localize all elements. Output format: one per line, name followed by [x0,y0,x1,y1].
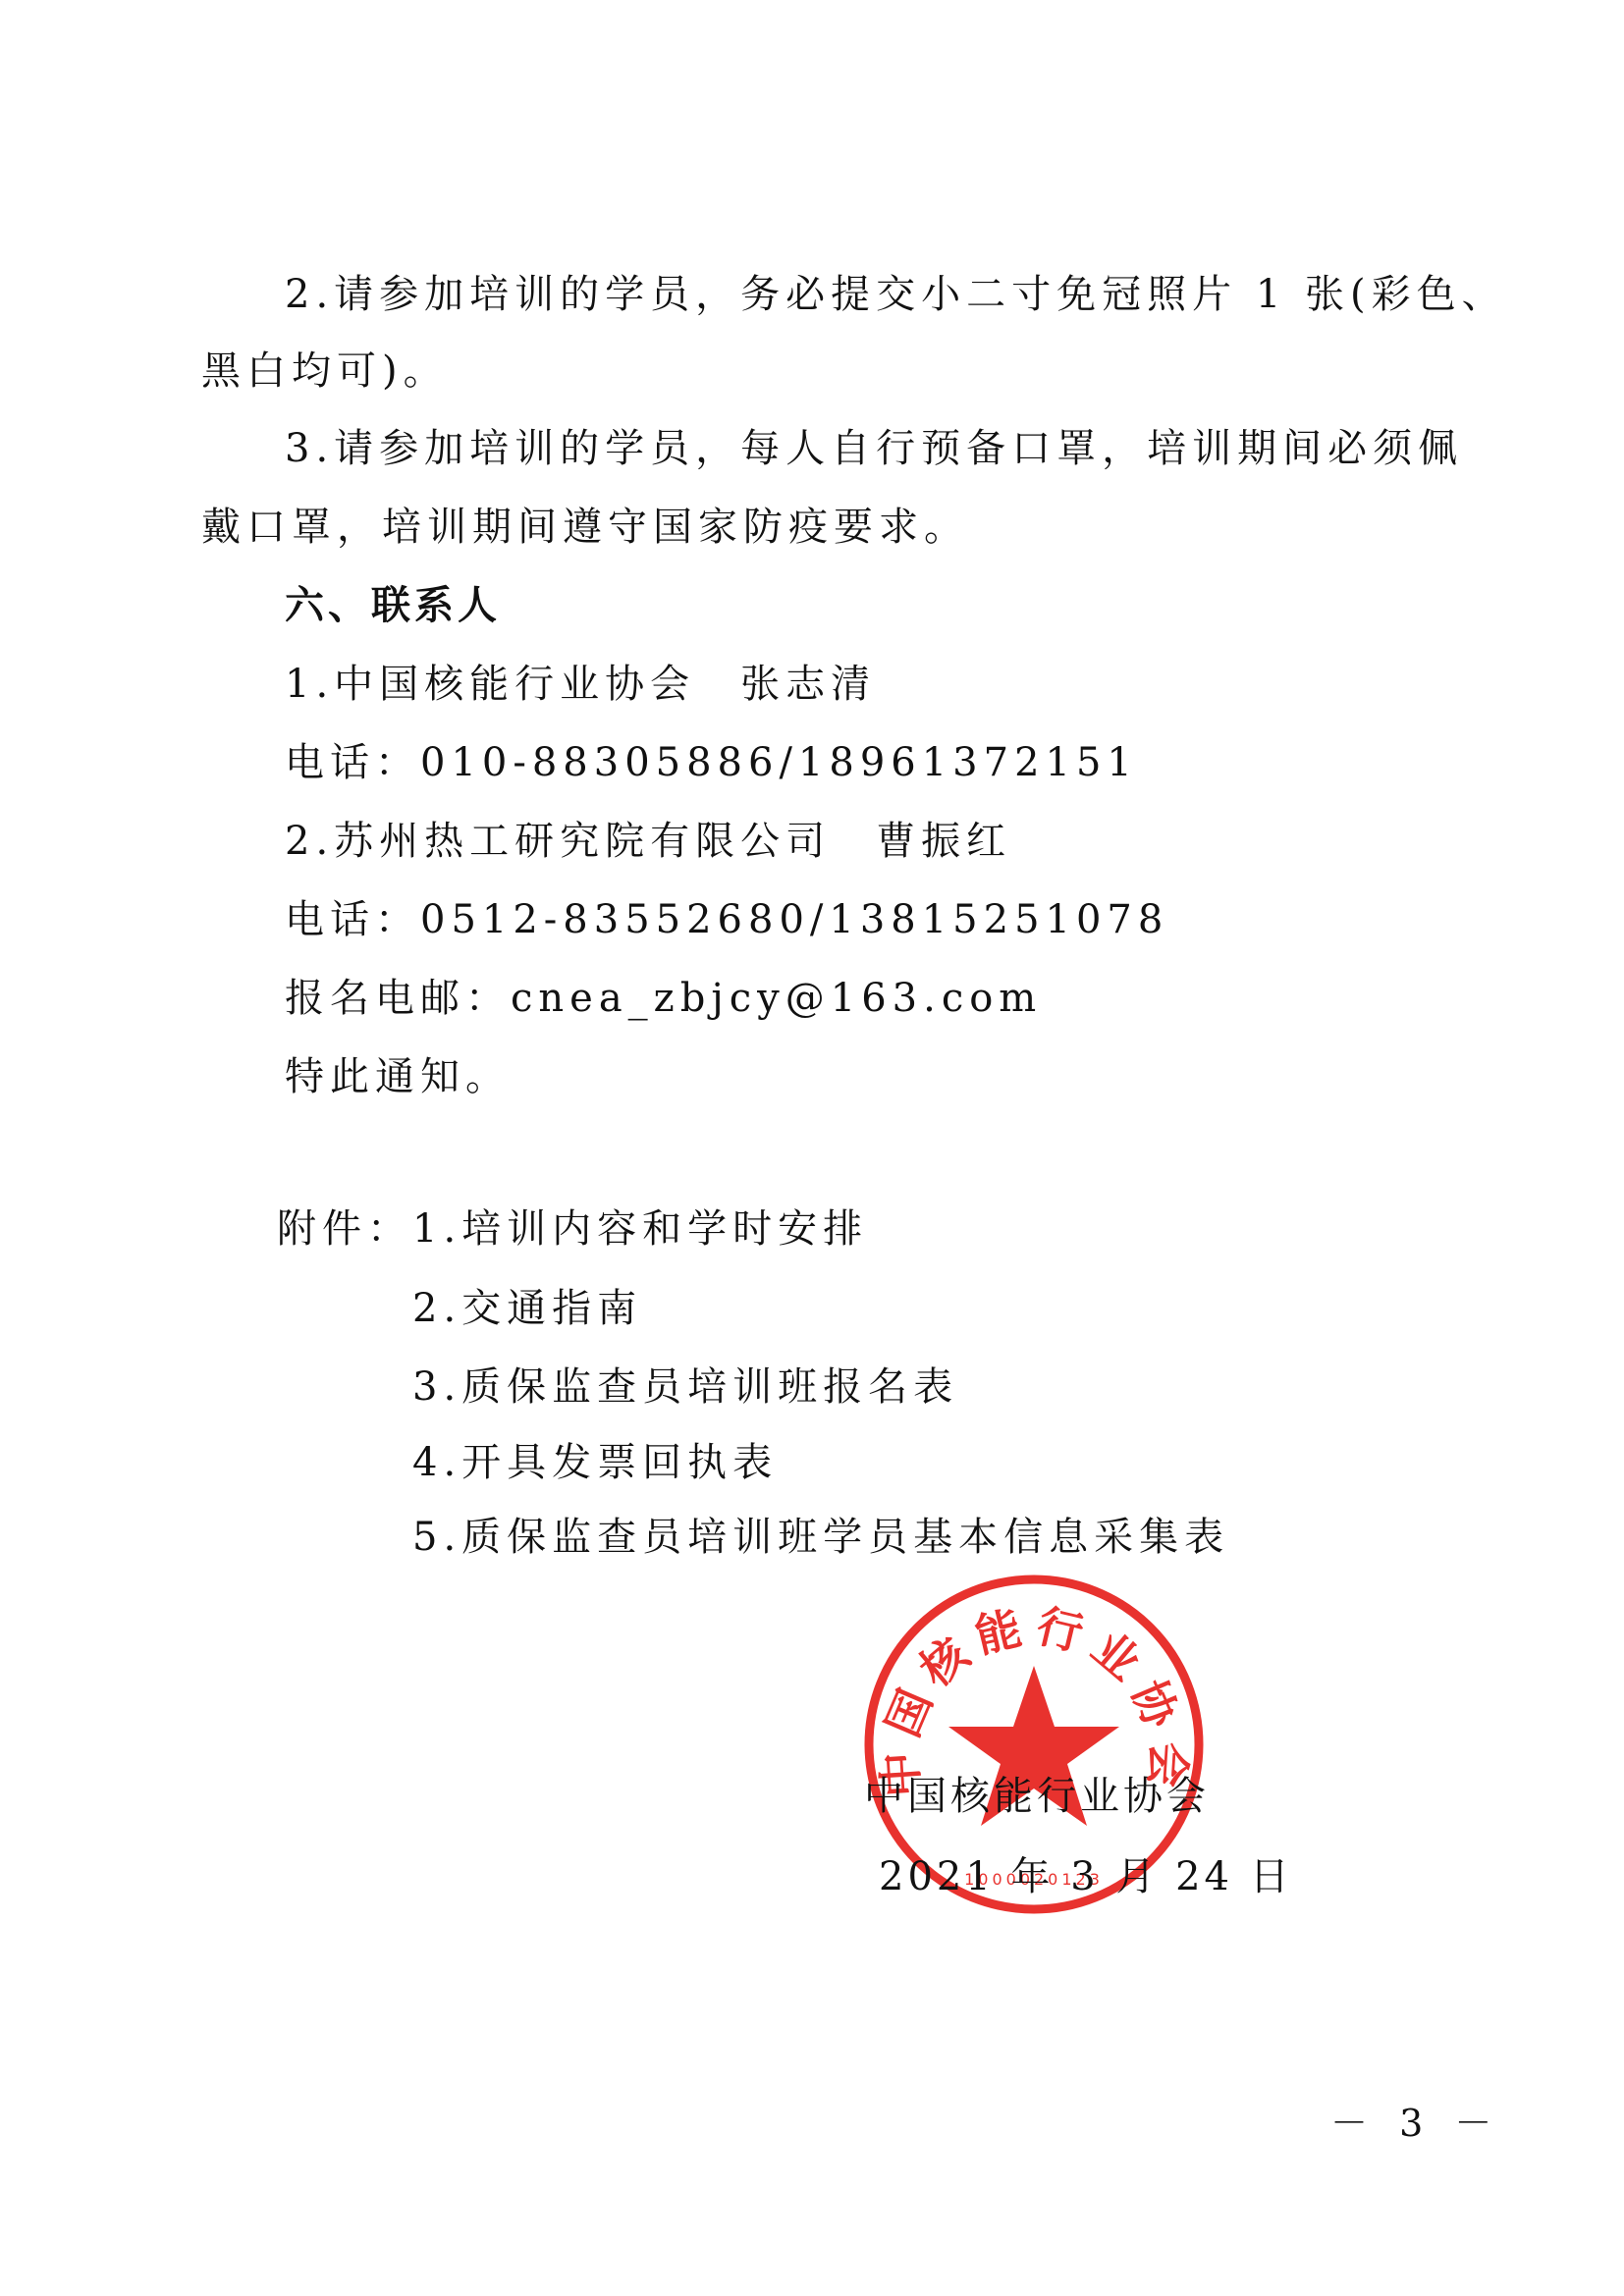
contact2-phone: 电话：0512-83552680/13815251078 [285,896,1168,943]
attachment-item: 2.交通指南 [412,1285,642,1332]
para3-line1: 3.请参加培训的学员，每人自行预备口罩，培训期间必须佩 [285,425,1463,472]
page-number: － 3 － [1330,2101,1501,2146]
para2-line2: 黑白均可)。 [201,347,449,395]
para3-line2: 戴口罩，培训期间遵守国家防疫要求。 [201,504,969,551]
attachments-label: 附件： [277,1205,412,1253]
contact1-phone: 电话：010-88305886/18961372151 [285,739,1138,786]
signature-organization: 中国核能行业协会 [864,1773,1210,1820]
para2-line1: 2.请参加培训的学员，务必提交小二寸免冠照片 1 张(彩色、 [285,271,1507,318]
signature-date: 2021 年 3 月 24 日 [879,1853,1293,1900]
contact1-org: 1.中国核能行业协会 张志清 [285,661,876,708]
registration-email: 报名电邮：cnea_zbjcy@163.com [285,975,1042,1022]
closing-text: 特此通知。 [285,1053,511,1100]
attachment-item: 4.开具发票回执表 [412,1439,778,1486]
attachment-item: 3.质保监查员培训班报名表 [412,1363,958,1411]
attachment-item: 5.质保监查员培训班学员基本信息采集表 [412,1514,1229,1561]
attachment-item: 1.培训内容和学时安排 [412,1205,868,1253]
contact2-org: 2.苏州热工研究院有限公司 曹振红 [285,818,1011,865]
contacts-heading: 六、联系人 [285,582,501,629]
